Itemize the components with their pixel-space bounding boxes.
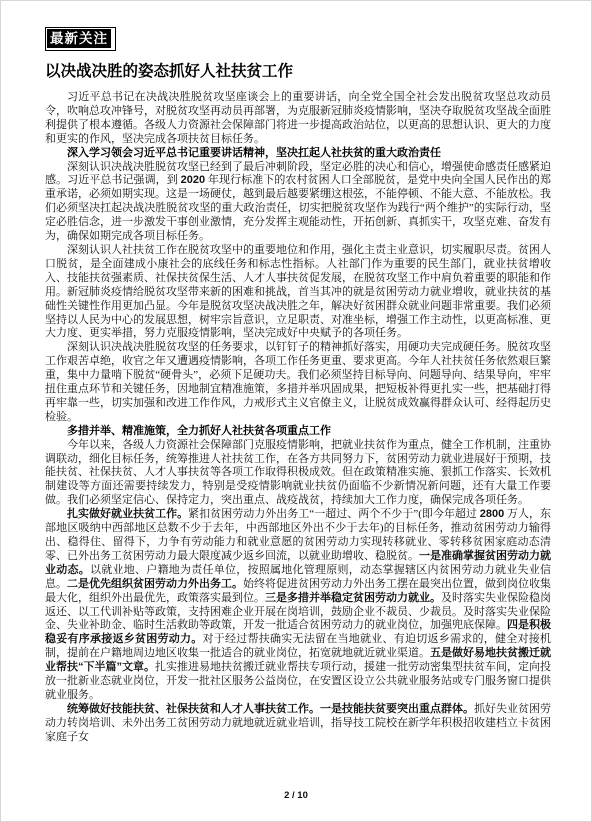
page-number: 2 / 10 <box>1 790 591 801</box>
bold-point-1: 一是技能扶贫要突出重点群体。 <box>320 703 474 715</box>
paragraph-5: 今年以来，各级人力资源社会保障部门克服疫情影响，把就业扶贫作为重点，健全工作机制… <box>45 439 551 509</box>
count-number: 2800 <box>480 508 504 520</box>
text-run: 紧扣贫困劳动力外出务工“一超过、两个不少于”(即今年超过 <box>188 508 480 520</box>
paragraph-intro: 习近平总书记在决战决胜脱贫攻坚座谈会上的重要讲话，向全党全国全社会发出脱贫攻坚总… <box>45 91 551 147</box>
paragraph-4: 深刻认识决战决胜脱贫攻坚的任务要求，以钉钉子的精神抓好落实，用硬功夫完成硬任务。… <box>45 341 551 424</box>
document-content: 最新关注 以决战决胜的姿态抓好人社扶贫工作 习近平总书记在决战决胜脱贫攻坚座谈会… <box>45 27 551 745</box>
paragraph-7: 统筹做好技能扶贫、社保扶贫和人才人事扶贫工作。一是技能扶贫要突出重点群体。抓好失… <box>45 703 551 745</box>
paragraph-6: 扎实做好就业扶贫工作。紧扣贫困劳动力外出务工“一超过、两个不少于”(即今年超过 … <box>45 508 551 703</box>
paragraph-2: 深刻认识决战决胜脱贫攻坚已经到了最后冲刺阶段，坚定必胜的决心和信心，增强使命感责… <box>45 161 551 244</box>
paragraph-3: 深刻认识人社扶贫工作在脱贫攻坚中的重要地位和作用，强化主责主业意识，切实履职尽责… <box>45 244 551 341</box>
section-heading-1: 深入学习领会习近平总书记重要讲话精神，坚决扛起人社扶贫的重大政治责任 <box>45 147 551 161</box>
article-title: 以决战决胜的姿态抓好人社扶贫工作 <box>45 62 551 82</box>
bold-lead: 扎实做好就业扶贫工作。 <box>67 508 188 520</box>
year-number: 2020 <box>181 174 205 186</box>
bold-point-3: 三是多措并举稳定贫困劳动力就业。 <box>265 592 441 604</box>
section-badge: 最新关注 <box>45 27 116 51</box>
section-badge-label: 最新关注 <box>47 29 111 48</box>
bold-point-2: 二是优先组织贫困劳动力外出务工。 <box>67 578 243 590</box>
section-heading-2: 多措并举、精准施策，全力抓好人社扶贫各项重点工作 <box>45 425 551 439</box>
document-page: 最新关注 以决战决胜的姿态抓好人社扶贫工作 习近平总书记在决战决胜脱贫攻坚座谈会… <box>0 0 592 822</box>
bold-lead: 统筹做好技能扶贫、社保扶贫和人才人事扶贫工作。 <box>67 703 320 715</box>
